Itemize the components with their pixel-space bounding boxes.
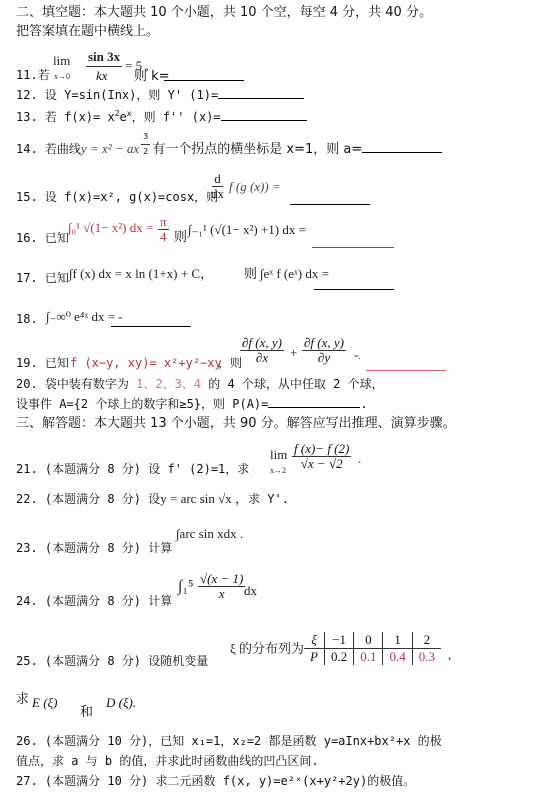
q25-table-row-probs: P 0.2 0.1 0.4 0.3 xyxy=(304,649,441,666)
q25-distribution-label: ξ 的分布列为 xyxy=(230,640,304,658)
q22-tail: 求 Y'. xyxy=(248,492,289,506)
q17-answer-blank[interactable] xyxy=(314,277,394,290)
question-20-line1: 20. 袋中装有数字为 1、2、3、4 的 4 个球，从中任取 2 个球， xyxy=(16,375,384,393)
q16-answer-blank[interactable] xyxy=(312,235,394,248)
q13-e: e xyxy=(120,110,127,124)
q20-event: 设事件 A={2 个球上的数字和≥5}，则 P(A)= xyxy=(16,397,268,411)
q23-integral: ∫arc sin xdx . xyxy=(176,525,243,543)
question-12: 12. 设 Y=sin(Inx)，则 Y' (1)= xyxy=(16,86,304,104)
section2-heading-line2: 把答案填在题中横线上。 xyxy=(16,23,159,41)
question-22: 22. (本题满分 8 分) 设y = arc sin √x ，求 Y'. xyxy=(16,490,289,509)
section2-heading-line1: 二、填空题：本大题共 10 个小题，共 10 个空，每空 4 分，共 40 分。 xyxy=(16,4,432,22)
q20-post: 的 4 个球，从中任取 2 个球， xyxy=(201,377,384,391)
q21-pre: 21. (本题满分 8 分) 设 f' (2)=1，求 xyxy=(16,460,249,478)
q16-integral-given: ∫₀¹ √(1− x²) dx = xyxy=(68,219,153,237)
q24-pre: 24. (本题满分 8 分) 计算 xyxy=(16,592,172,610)
q11-answer-blank[interactable] xyxy=(164,68,244,81)
q25-and: 和 xyxy=(80,704,93,722)
q24-integral-sign: ∫₁⁵ xyxy=(178,578,194,596)
q25-table-row-values: ξ −1 0 1 2 xyxy=(304,632,441,649)
q16-pi-over-4: π4 xyxy=(158,215,169,244)
q15-pre: 15. 设 f(x)=x², g(x)=cosx，则 xyxy=(16,188,218,206)
q14-tail: 有一个拐点的横坐标是 x=1，则 a= xyxy=(152,142,362,157)
q25-expectation: E (ξ) xyxy=(32,694,57,712)
question-26-line1: 26. (本题满分 10 分)，已知 x₁=1，x₂=2 都是函数 y=aInx… xyxy=(16,732,442,750)
q21-lim-sub: x→2 xyxy=(270,462,286,480)
q23-pre: 23. (本题满分 8 分) 计算 xyxy=(16,539,172,557)
q25-pre: 25. (本题满分 8 分) 设随机变量 xyxy=(16,652,208,670)
q21-fraction: f (x)− f (2)√x − √2 xyxy=(292,442,351,471)
q14-pre: 14. 若曲线 xyxy=(16,142,81,156)
q15-answer-blank[interactable] xyxy=(290,192,370,205)
q14-expr: y = x² − ax xyxy=(81,141,139,156)
q22-expr: y = arc sin √x ， xyxy=(160,491,248,506)
q19-given-function: f (x−y, xy)= x²+y²−xy xyxy=(70,354,222,372)
q11-numerator: sin 3x xyxy=(88,48,120,66)
q19-plus: + xyxy=(290,344,297,362)
q15-expr: f (g (x)) = xyxy=(229,178,281,196)
q24-fraction: √(x − 1)x xyxy=(198,572,245,601)
q22-pre: 22. (本题满分 8 分) 设 xyxy=(16,492,160,506)
q14-exponent: 32 xyxy=(141,130,150,159)
q15-derivative-op: ddx xyxy=(209,172,226,201)
q16-pre: 16. 已知 xyxy=(16,229,69,247)
q11-lim-sub: x→0 xyxy=(54,68,70,86)
q19-equals: =. xyxy=(354,348,361,366)
q19-then: ，则 xyxy=(218,354,242,372)
question-26-line2: 值点，求 a 与 b 的值，并求此时函数曲线的凹凸区间. xyxy=(16,752,319,770)
q13-tail: ，则 f'' (x)= xyxy=(132,110,221,124)
question-14: 14. 若曲线y = x² − ax32有一个拐点的横坐标是 x=1，则 a= xyxy=(16,140,442,159)
section3-heading: 三、解答题：本大题共 13 个小题，共 90 分。解答应写出推理、演算步骤。 xyxy=(16,415,456,433)
q16-then: 则 xyxy=(174,229,187,247)
q25-distribution-table: ξ −1 0 1 2 P 0.2 0.1 0.4 0.3 xyxy=(304,632,441,665)
question-20-line2: 设事件 A={2 个球上的数字和≥5}，则 P(A)=. xyxy=(16,395,368,413)
q17-then: 则 xyxy=(244,266,257,284)
q18-pre: 18. xyxy=(16,310,38,328)
q13-answer-blank[interactable] xyxy=(221,108,307,121)
q17-pre: 17. 已知 xyxy=(16,269,69,287)
q24-dx: dx xyxy=(244,582,257,600)
q20-numbers: 1、2、3、4 xyxy=(136,377,201,391)
q11-number: 11.若 xyxy=(16,66,50,84)
q14-answer-blank[interactable] xyxy=(362,140,442,153)
q25-ask: 求 xyxy=(16,690,29,708)
q25-variance: D (ξ). xyxy=(106,694,136,712)
q11-denominator: kx xyxy=(96,67,108,85)
q12-answer-blank[interactable] xyxy=(218,86,304,99)
q17-given: ∫f (x) dx = x ln (1+x) + C， xyxy=(69,265,213,283)
question-27: 27. (本题满分 10 分) 求二元函数 f(x, y)=e²ˣ(x+y²+2… xyxy=(16,772,415,790)
q20-pre: 20. 袋中装有数字为 xyxy=(16,377,136,391)
q18-answer-blank[interactable] xyxy=(111,314,191,327)
q12-text: 12. 设 Y=sin(Inx)，则 Y' (1)= xyxy=(16,88,218,102)
q19-pre: 19. 已知 xyxy=(16,354,69,372)
q16-integral-target: ∫₋₁¹ (√(1− x²) +1) dx = xyxy=(188,221,306,239)
q20-answer-blank[interactable] xyxy=(268,395,360,408)
q19-partial-x: ∂f (x, y)∂x xyxy=(240,336,284,365)
q13-pre: 13. 若 f(x)= x xyxy=(16,110,115,124)
q19-answer-blank[interactable] xyxy=(366,358,446,371)
question-13: 13. 若 f(x)= x2ex，则 f'' (x)= xyxy=(16,105,307,126)
q19-partial-y: ∂f (x, y)∂y xyxy=(302,336,346,365)
